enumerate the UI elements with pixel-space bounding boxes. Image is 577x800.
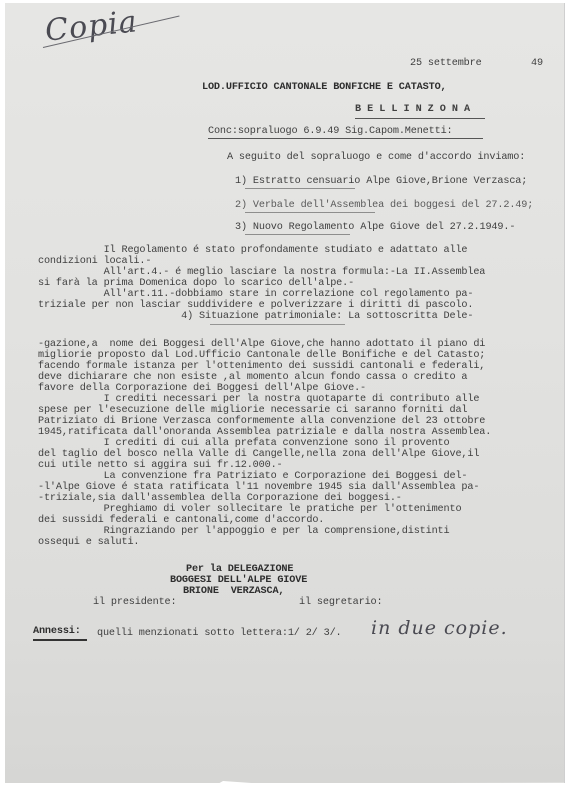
subject: Conc:sopraluogo 6.9.49 Sig.Capom.Menetti…: [208, 126, 453, 137]
enclosure-1-underline: [245, 188, 355, 189]
annex-label: Annessi:: [33, 626, 81, 637]
annex-text: quelli menzionati sotto lettera:1/ 2/ 3/…: [97, 628, 342, 639]
year: 49: [531, 58, 543, 69]
body-line: spese per l'esecuzione delle migliorie n…: [38, 405, 467, 416]
enclosure-1: 1) Estratto censuario Alpe Giove,Brione …: [235, 176, 527, 187]
signature-line-2: BOGGESI DELL'ALPE GIOVE: [170, 575, 307, 586]
body-line: ossequi e saluti.: [38, 537, 139, 548]
body-line: dei sussidi federali e cantonali,come d'…: [38, 515, 324, 526]
city: BELLINZONA: [355, 104, 476, 115]
enclosure-3-underline: [245, 234, 350, 235]
body-line: condizioni locali.-: [38, 256, 151, 267]
annex-label-underline: [33, 639, 87, 641]
body-line: si farà la prima Domenica dopo lo scaric…: [38, 278, 354, 289]
body-line: migliorie proposto dal Lod.Ufficio Canto…: [38, 350, 485, 361]
document-page: Copia 25 settembre 49 LOD.UFFICIO CANTON…: [5, 3, 565, 783]
body-line: facendo formale istanza per l'otteniment…: [38, 361, 485, 372]
body-line: La convenzione fra Patriziato e Corporaz…: [38, 471, 467, 482]
city-underline: [355, 118, 485, 119]
enclosure-3: 3) Nuovo Regolamento Alpe Giove del 27.2…: [235, 222, 515, 233]
body-line: triziale per non lasciar suddividere e p…: [38, 300, 473, 311]
body-line: deve dichiarare che non esiste ,al momen…: [38, 372, 467, 383]
body-line: I crediti necessari per la nostra quotap…: [38, 394, 479, 405]
body-line: I crediti di cui alla prefata convenzion…: [38, 438, 449, 449]
body-line: Patriziato di Brione Verzasca conformeme…: [38, 416, 485, 427]
body-line: 1945,ratificata dall'onoranda Assemblea …: [38, 427, 491, 438]
body-line: Preghiamo di voler sollecitare le pratic…: [38, 504, 461, 515]
enclosure-2-underline: [245, 212, 375, 213]
body-line: All'art.11.-dobbiamo stare in correlazio…: [38, 289, 473, 300]
handwritten-copia: Copia: [43, 4, 139, 48]
president-label: il presidente:: [93, 597, 177, 608]
enclosure-2: 2) Verbale dell'Assemblea dei boggesi de…: [235, 200, 533, 211]
body-line: -triziale,sia dall'assemblea della Corpo…: [38, 493, 402, 504]
body-line: del taglio del bosco nella Valle di Cang…: [38, 449, 479, 460]
signature-line-3: BRIONE VERZASCA,: [183, 586, 284, 597]
body-line: -gazione,a nome dei Boggesi dell'Alpe Gi…: [38, 339, 485, 350]
section-4-underline: [210, 324, 345, 325]
body-line: Il Regolamento é stato profondamente stu…: [38, 245, 467, 256]
body-line: 4) Situazione patrimoniale: La sottoscri…: [38, 311, 473, 322]
secretary-label: il segretario:: [299, 597, 383, 608]
body-line: cui utile netto si aggira sui fr.12.000.…: [38, 460, 283, 471]
body-line: Ringraziando per l'appoggio e per la com…: [38, 526, 449, 537]
body-line: -l'Alpe Giove é stata ratificata l'11 no…: [38, 482, 479, 493]
signature-line-1: Per la DELEGAZIONE: [186, 564, 293, 575]
handwritten-annex-note: in due copie.: [371, 617, 508, 639]
intro: A seguito del sopraluogo e come d'accord…: [227, 152, 525, 163]
body-line: All'art.4.- é meglio lasciare la nostra …: [38, 267, 485, 278]
recipient: LOD.UFFICIO CANTONALE BONFICHE E CATASTO…: [202, 82, 447, 93]
date: 25 settembre: [410, 58, 482, 69]
body-line: favore della Corporazione dei Boggesi de…: [38, 383, 366, 394]
subject-underline: [208, 138, 483, 139]
